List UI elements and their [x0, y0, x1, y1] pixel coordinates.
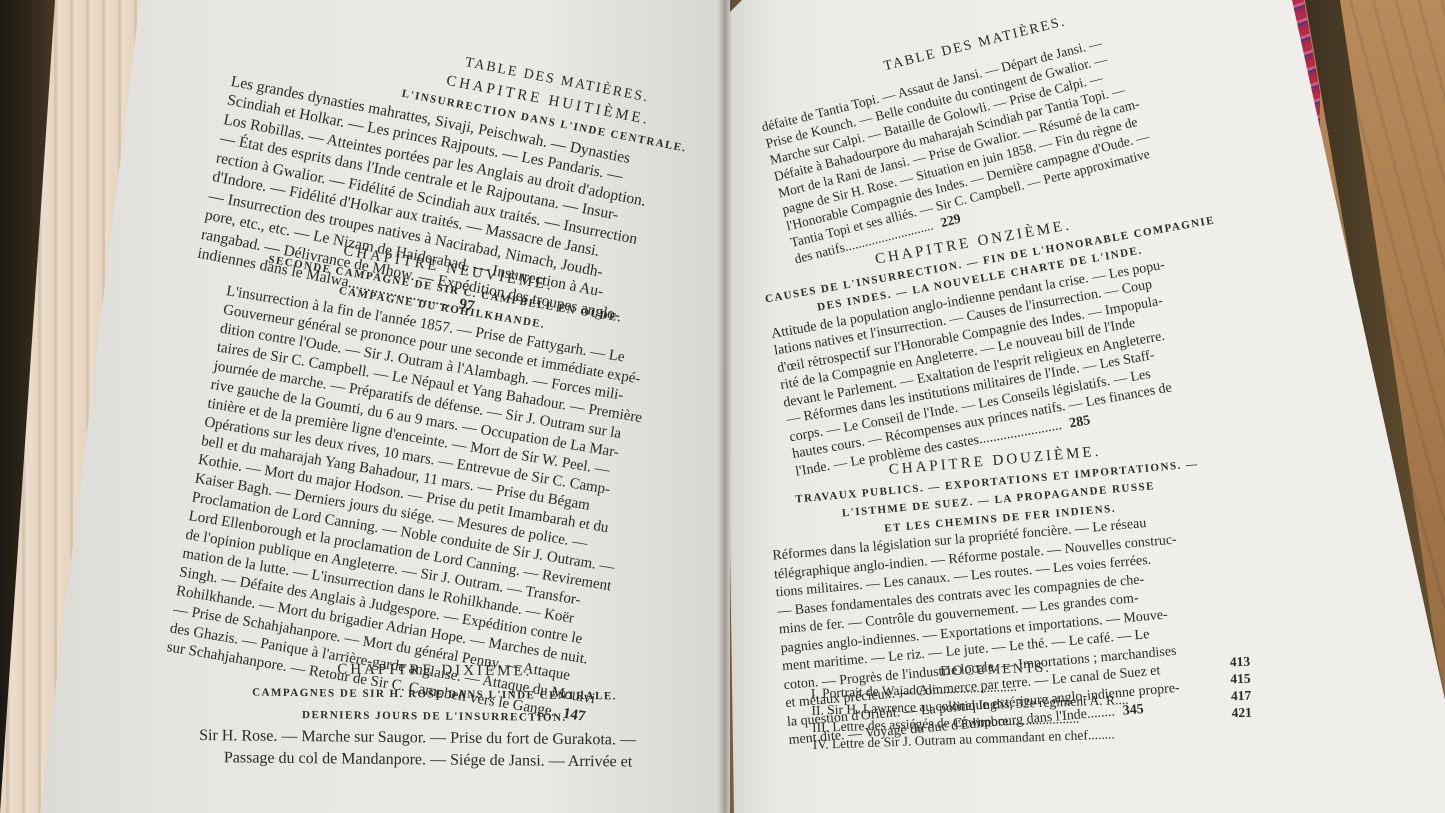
- page-number: 415: [1230, 670, 1251, 688]
- page-number: 413: [1229, 653, 1250, 671]
- book-gutter: [718, 0, 732, 813]
- documents-block: DOCUMENTS. 413 I. Portrait de Wajad Ali.…: [810, 653, 1253, 753]
- chapter-10-block: CHAPITRE DIXIÈME. CAMPAGNES DE SIR H. RO…: [199, 655, 670, 774]
- chapter-9-block: CHAPITRE NEUVIÈME. SECONDE CAMPAGNE DE S…: [165, 222, 663, 728]
- toc-line: Passage du col de Mandanpore. — Siége de…: [224, 747, 669, 774]
- page-number: 417: [1231, 687, 1252, 705]
- page-number: 421: [1231, 704, 1252, 722]
- page-number: 285: [1068, 412, 1092, 433]
- chapter-title: CHAPITRE DIXIÈME.: [200, 657, 670, 684]
